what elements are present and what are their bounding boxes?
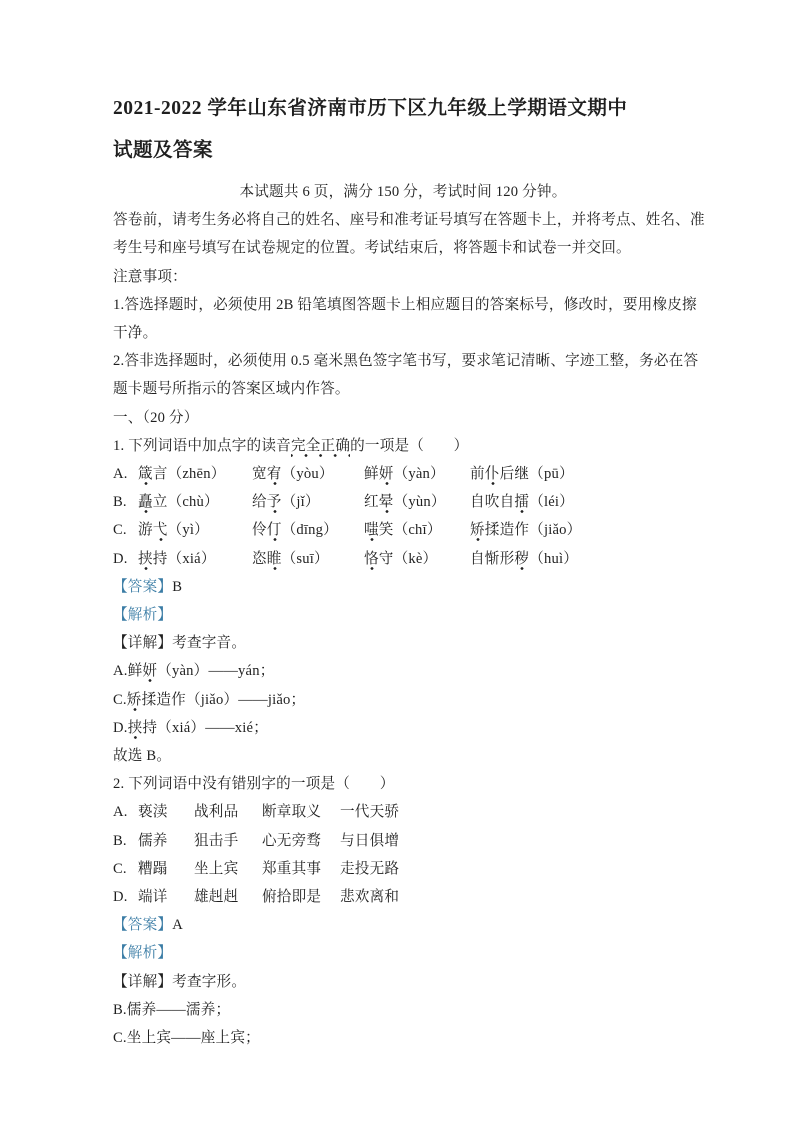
text-run: A. bbox=[113, 460, 138, 488]
text-run: 战利品 bbox=[194, 798, 262, 826]
text-run: 游 bbox=[138, 522, 153, 538]
text-run: 雄赳赳 bbox=[194, 883, 262, 911]
text-run: C. bbox=[113, 692, 127, 708]
text-run: （jǐ） bbox=[282, 494, 320, 510]
text-run: 与日俱增 bbox=[340, 827, 399, 855]
word-group: 鲜妍（yàn） bbox=[364, 460, 470, 488]
text-run: 伶 bbox=[252, 522, 267, 538]
text-run: 悲欢离和 bbox=[340, 883, 399, 911]
text-run: 晕 bbox=[379, 494, 394, 514]
text-run: D. bbox=[113, 545, 138, 573]
doc-title-line-1: 2021-2022 学年山东省济南市历下区九年级上学期语文期中 bbox=[113, 88, 693, 130]
text-run: 2021-2022 学年山东省济南市历下区九年级上学期语文期中 bbox=[113, 98, 627, 119]
q1-expl-c: C.矫揉造作（jiǎo）——jiǎo； bbox=[113, 686, 693, 714]
text-run: （yùn） bbox=[394, 494, 446, 510]
text-run: 【详解】考查字形。 bbox=[113, 974, 246, 990]
q1-option-b: B.矗立（chù）给予（jǐ）红晕（yùn）自吹自擂（léi） bbox=[113, 488, 693, 516]
text-run: 嗤 bbox=[364, 522, 379, 542]
notice-item-1b: 干净。 bbox=[113, 319, 693, 347]
text-run: 矫 bbox=[470, 522, 485, 542]
text-run: 持（xiá）——xié； bbox=[142, 720, 268, 736]
text-run: 立（chù） bbox=[153, 494, 219, 510]
section-1-heading: 一、（20 分） bbox=[113, 404, 693, 432]
notice-item-1a: 1.答选择题时，必须使用 2B 铅笔填图答题卡上相应题目的答案标号，修改时，要用… bbox=[113, 291, 693, 319]
text-run: 宥 bbox=[267, 466, 282, 486]
answer-tag: 【答案】 bbox=[113, 917, 172, 933]
text-run: C. bbox=[113, 516, 138, 544]
word-group: 红晕（yùn） bbox=[364, 488, 470, 516]
text-run: 试题及答案 bbox=[113, 140, 213, 161]
word-group: 挟持（xiá） bbox=[138, 545, 252, 573]
text-run: 擂 bbox=[514, 494, 529, 514]
text-run: B bbox=[172, 579, 182, 595]
text-run: 揉造作（jiǎo） bbox=[485, 522, 582, 538]
text-run: 2.答非选择题时，必须使用 0.5 毫米黑色签字笔书写，要求笔记清晰、字迹工整，… bbox=[113, 353, 698, 369]
text-run: C.坐上宾——座上宾； bbox=[113, 1030, 260, 1046]
q1-answer: 【答案】B bbox=[113, 573, 693, 601]
document-body: 2021-2022 学年山东省济南市历下区九年级上学期语文期中试题及答案本试题共… bbox=[113, 88, 693, 1052]
text-run: 睢 bbox=[267, 551, 282, 571]
text-run: 亵渎 bbox=[138, 798, 194, 826]
exam-summary: 本试题共 6 页，满分 150 分，考试时间 120 分钟。 bbox=[113, 178, 693, 206]
q1-detail: 【详解】考查字音。 bbox=[113, 629, 693, 657]
q2-expl-c: C.坐上宾——座上宾； bbox=[113, 1024, 693, 1052]
text-run: 心无旁骛 bbox=[262, 827, 340, 855]
text-run: （dīng） bbox=[282, 522, 338, 538]
q1-stem: 1. 下列词语中加点字的读音完全正确的一项是（ ） bbox=[113, 432, 693, 460]
text-run: B.儒养——濡养； bbox=[113, 1002, 230, 1018]
text-run: 1. 下列词语中加点字的读音 bbox=[113, 438, 291, 454]
text-run: 守（kè） bbox=[379, 551, 438, 567]
text-run: 弋 bbox=[153, 522, 168, 542]
text-run: 笑（chī） bbox=[379, 522, 442, 538]
word-group: 前仆后继（pū） bbox=[470, 460, 574, 488]
q1-expl-d: D.挟持（xiá）——xié； bbox=[113, 714, 693, 742]
text-run: 【详解】考查字音。 bbox=[113, 635, 246, 651]
text-run: （huì） bbox=[529, 551, 578, 567]
q1-option-a: A.箴言（zhēn）宽宥（yòu）鲜妍（yàn）前仆后继（pū） bbox=[113, 460, 693, 488]
text-run: B. bbox=[113, 488, 138, 516]
doc-title-line-2: 试题及答案 bbox=[113, 130, 693, 172]
text-run: A. bbox=[113, 798, 138, 826]
word-group: 自吹自擂（léi） bbox=[470, 488, 574, 516]
word-group: 箴言（zhēn） bbox=[138, 460, 252, 488]
text-run: 狙击手 bbox=[194, 827, 262, 855]
text-run: 矫 bbox=[127, 692, 142, 712]
text-run: 断章取义 bbox=[262, 798, 340, 826]
text-run: 题卡题号所指示的答案区域内作答。 bbox=[113, 381, 350, 397]
q2-stem: 2. 下列词语中没有错别字的一项是（ ） bbox=[113, 770, 693, 798]
text-run: 予 bbox=[267, 494, 282, 514]
text-run: （yàn）——yán； bbox=[157, 663, 274, 679]
text-run: 妍 bbox=[142, 663, 157, 683]
answer-tag: 【解析】 bbox=[113, 945, 172, 961]
q2-detail: 【详解】考查字形。 bbox=[113, 968, 693, 996]
text-run: 走投无路 bbox=[340, 855, 399, 883]
text-run: 仃 bbox=[267, 522, 282, 542]
text-run: 后继（pū） bbox=[500, 466, 574, 482]
text-run: 端详 bbox=[138, 883, 194, 911]
q1-conclusion: 故选 B。 bbox=[113, 742, 693, 770]
text-run: （yàn） bbox=[394, 466, 445, 482]
text-run: 2. 下列词语中没有错别字的一项是（ ） bbox=[113, 776, 394, 792]
text-run: A bbox=[172, 917, 183, 933]
text-run: 持（xiá） bbox=[153, 551, 216, 567]
text-run: 前 bbox=[470, 466, 485, 482]
q1-option-c: C.游弋（yì）伶仃（dīng）嗤笑（chī）矫揉造作（jiǎo） bbox=[113, 516, 693, 544]
answer-tag: 【答案】 bbox=[113, 579, 172, 595]
text-run: 宽 bbox=[252, 466, 267, 482]
text-run: 自惭形 bbox=[470, 551, 514, 567]
text-run: 鲜 bbox=[364, 466, 379, 482]
text-run: 儒养 bbox=[138, 827, 194, 855]
text-run: 郑重其事 bbox=[262, 855, 340, 883]
exam-instruction-1b: 考生号和座号填写在试卷规定的位置。考试结束后，将答题卡和试卷一并交回。 bbox=[113, 234, 693, 262]
notice-item-2b: 题卡题号所指示的答案区域内作答。 bbox=[113, 375, 693, 403]
text-run: 坐上宾 bbox=[194, 855, 262, 883]
text-run: 箴 bbox=[138, 466, 153, 486]
word-group: 矫揉造作（jiǎo） bbox=[470, 516, 581, 544]
text-run: 言（zhēn） bbox=[153, 466, 226, 482]
text-run: D. bbox=[113, 883, 138, 911]
word-group: 恣睢（suī） bbox=[252, 545, 364, 573]
answer-tag: 【解析】 bbox=[113, 607, 172, 623]
text-run: 揉造作（jiǎo）——jiǎo； bbox=[142, 692, 306, 708]
q2-option-d: D.端详雄赳赳俯拾即是悲欢离和 bbox=[113, 883, 693, 911]
q2-expl-b: B.儒养——濡养； bbox=[113, 996, 693, 1024]
text-run: B. bbox=[113, 827, 138, 855]
exam-instruction-1a: 答卷前，请考生务必将自己的姓名、座号和准考证号填写在答题卡上，并将考点、姓名、准 bbox=[113, 206, 693, 234]
text-run: 的一项是（ ） bbox=[350, 438, 468, 454]
text-run: 妍 bbox=[379, 466, 394, 486]
text-run: 故选 B。 bbox=[113, 748, 171, 764]
text-run: 答卷前，请考生务必将自己的姓名、座号和准考证号填写在答题卡上，并将考点、姓名、准 bbox=[113, 212, 705, 228]
text-run: A.鲜 bbox=[113, 663, 142, 679]
text-run: 秽 bbox=[514, 551, 529, 571]
text-run: 恣 bbox=[252, 551, 267, 567]
word-group: 恪守（kè） bbox=[364, 545, 470, 573]
text-run: 矗 bbox=[138, 494, 153, 514]
notice-heading: 注意事项： bbox=[113, 263, 693, 291]
text-run: 红 bbox=[364, 494, 379, 510]
text-run: （yì） bbox=[168, 522, 209, 538]
word-group: 游弋（yì） bbox=[138, 516, 252, 544]
text-run: 1.答选择题时，必须使用 2B 铅笔填图答题卡上相应题目的答案标号，修改时，要用… bbox=[113, 297, 697, 313]
q2-option-a: A.亵渎战利品断章取义一代天骄 bbox=[113, 798, 693, 826]
word-group: 自惭形秽（huì） bbox=[470, 545, 578, 573]
text-run: 挟 bbox=[138, 551, 153, 571]
text-run: C. bbox=[113, 855, 138, 883]
q2-option-c: C.糟蹋坐上宾郑重其事走投无路 bbox=[113, 855, 693, 883]
document-page: 2021-2022 学年山东省济南市历下区九年级上学期语文期中试题及答案本试题共… bbox=[0, 0, 793, 1122]
text-run: 注意事项： bbox=[113, 269, 187, 285]
text-run: （yòu） bbox=[282, 466, 334, 482]
word-group: 嗤笑（chī） bbox=[364, 516, 470, 544]
text-run: 本试题共 6 页，满分 150 分，考试时间 120 分钟。 bbox=[239, 184, 566, 200]
word-group: 宽宥（yòu） bbox=[252, 460, 364, 488]
text-run: （léi） bbox=[529, 494, 574, 510]
text-run: D. bbox=[113, 720, 128, 736]
notice-item-2a: 2.答非选择题时，必须使用 0.5 毫米黑色签字笔书写，要求笔记清晰、字迹工整，… bbox=[113, 347, 693, 375]
text-run: 干净。 bbox=[113, 325, 157, 341]
q1-option-d: D.挟持（xiá）恣睢（suī）恪守（kè）自惭形秽（huì） bbox=[113, 545, 693, 573]
text-run: 考生号和座号填写在试卷规定的位置。考试结束后，将答题卡和试卷一并交回。 bbox=[113, 240, 631, 256]
q1-expl-a: A.鲜妍（yàn）——yán； bbox=[113, 657, 693, 685]
q2-analysis-tag: 【解析】 bbox=[113, 939, 693, 967]
text-run: （suī） bbox=[282, 551, 329, 567]
q2-answer: 【答案】A bbox=[113, 911, 693, 939]
text-run: 俯拾即是 bbox=[262, 883, 340, 911]
q1-analysis-tag: 【解析】 bbox=[113, 601, 693, 629]
word-group: 伶仃（dīng） bbox=[252, 516, 364, 544]
text-run: 完全正确 bbox=[291, 438, 350, 458]
text-run: 仆 bbox=[485, 466, 500, 486]
q2-option-b: B.儒养狙击手心无旁骛与日俱增 bbox=[113, 827, 693, 855]
text-run: 糟蹋 bbox=[138, 855, 194, 883]
text-run: 恪 bbox=[364, 551, 379, 571]
text-run: 挟 bbox=[128, 720, 143, 740]
word-group: 矗立（chù） bbox=[138, 488, 252, 516]
word-group: 给予（jǐ） bbox=[252, 488, 364, 516]
text-run: 一代天骄 bbox=[340, 798, 399, 826]
text-run: 自吹自 bbox=[470, 494, 514, 510]
text-run: 一、（20 分） bbox=[113, 410, 199, 426]
text-run: 给 bbox=[252, 494, 267, 510]
